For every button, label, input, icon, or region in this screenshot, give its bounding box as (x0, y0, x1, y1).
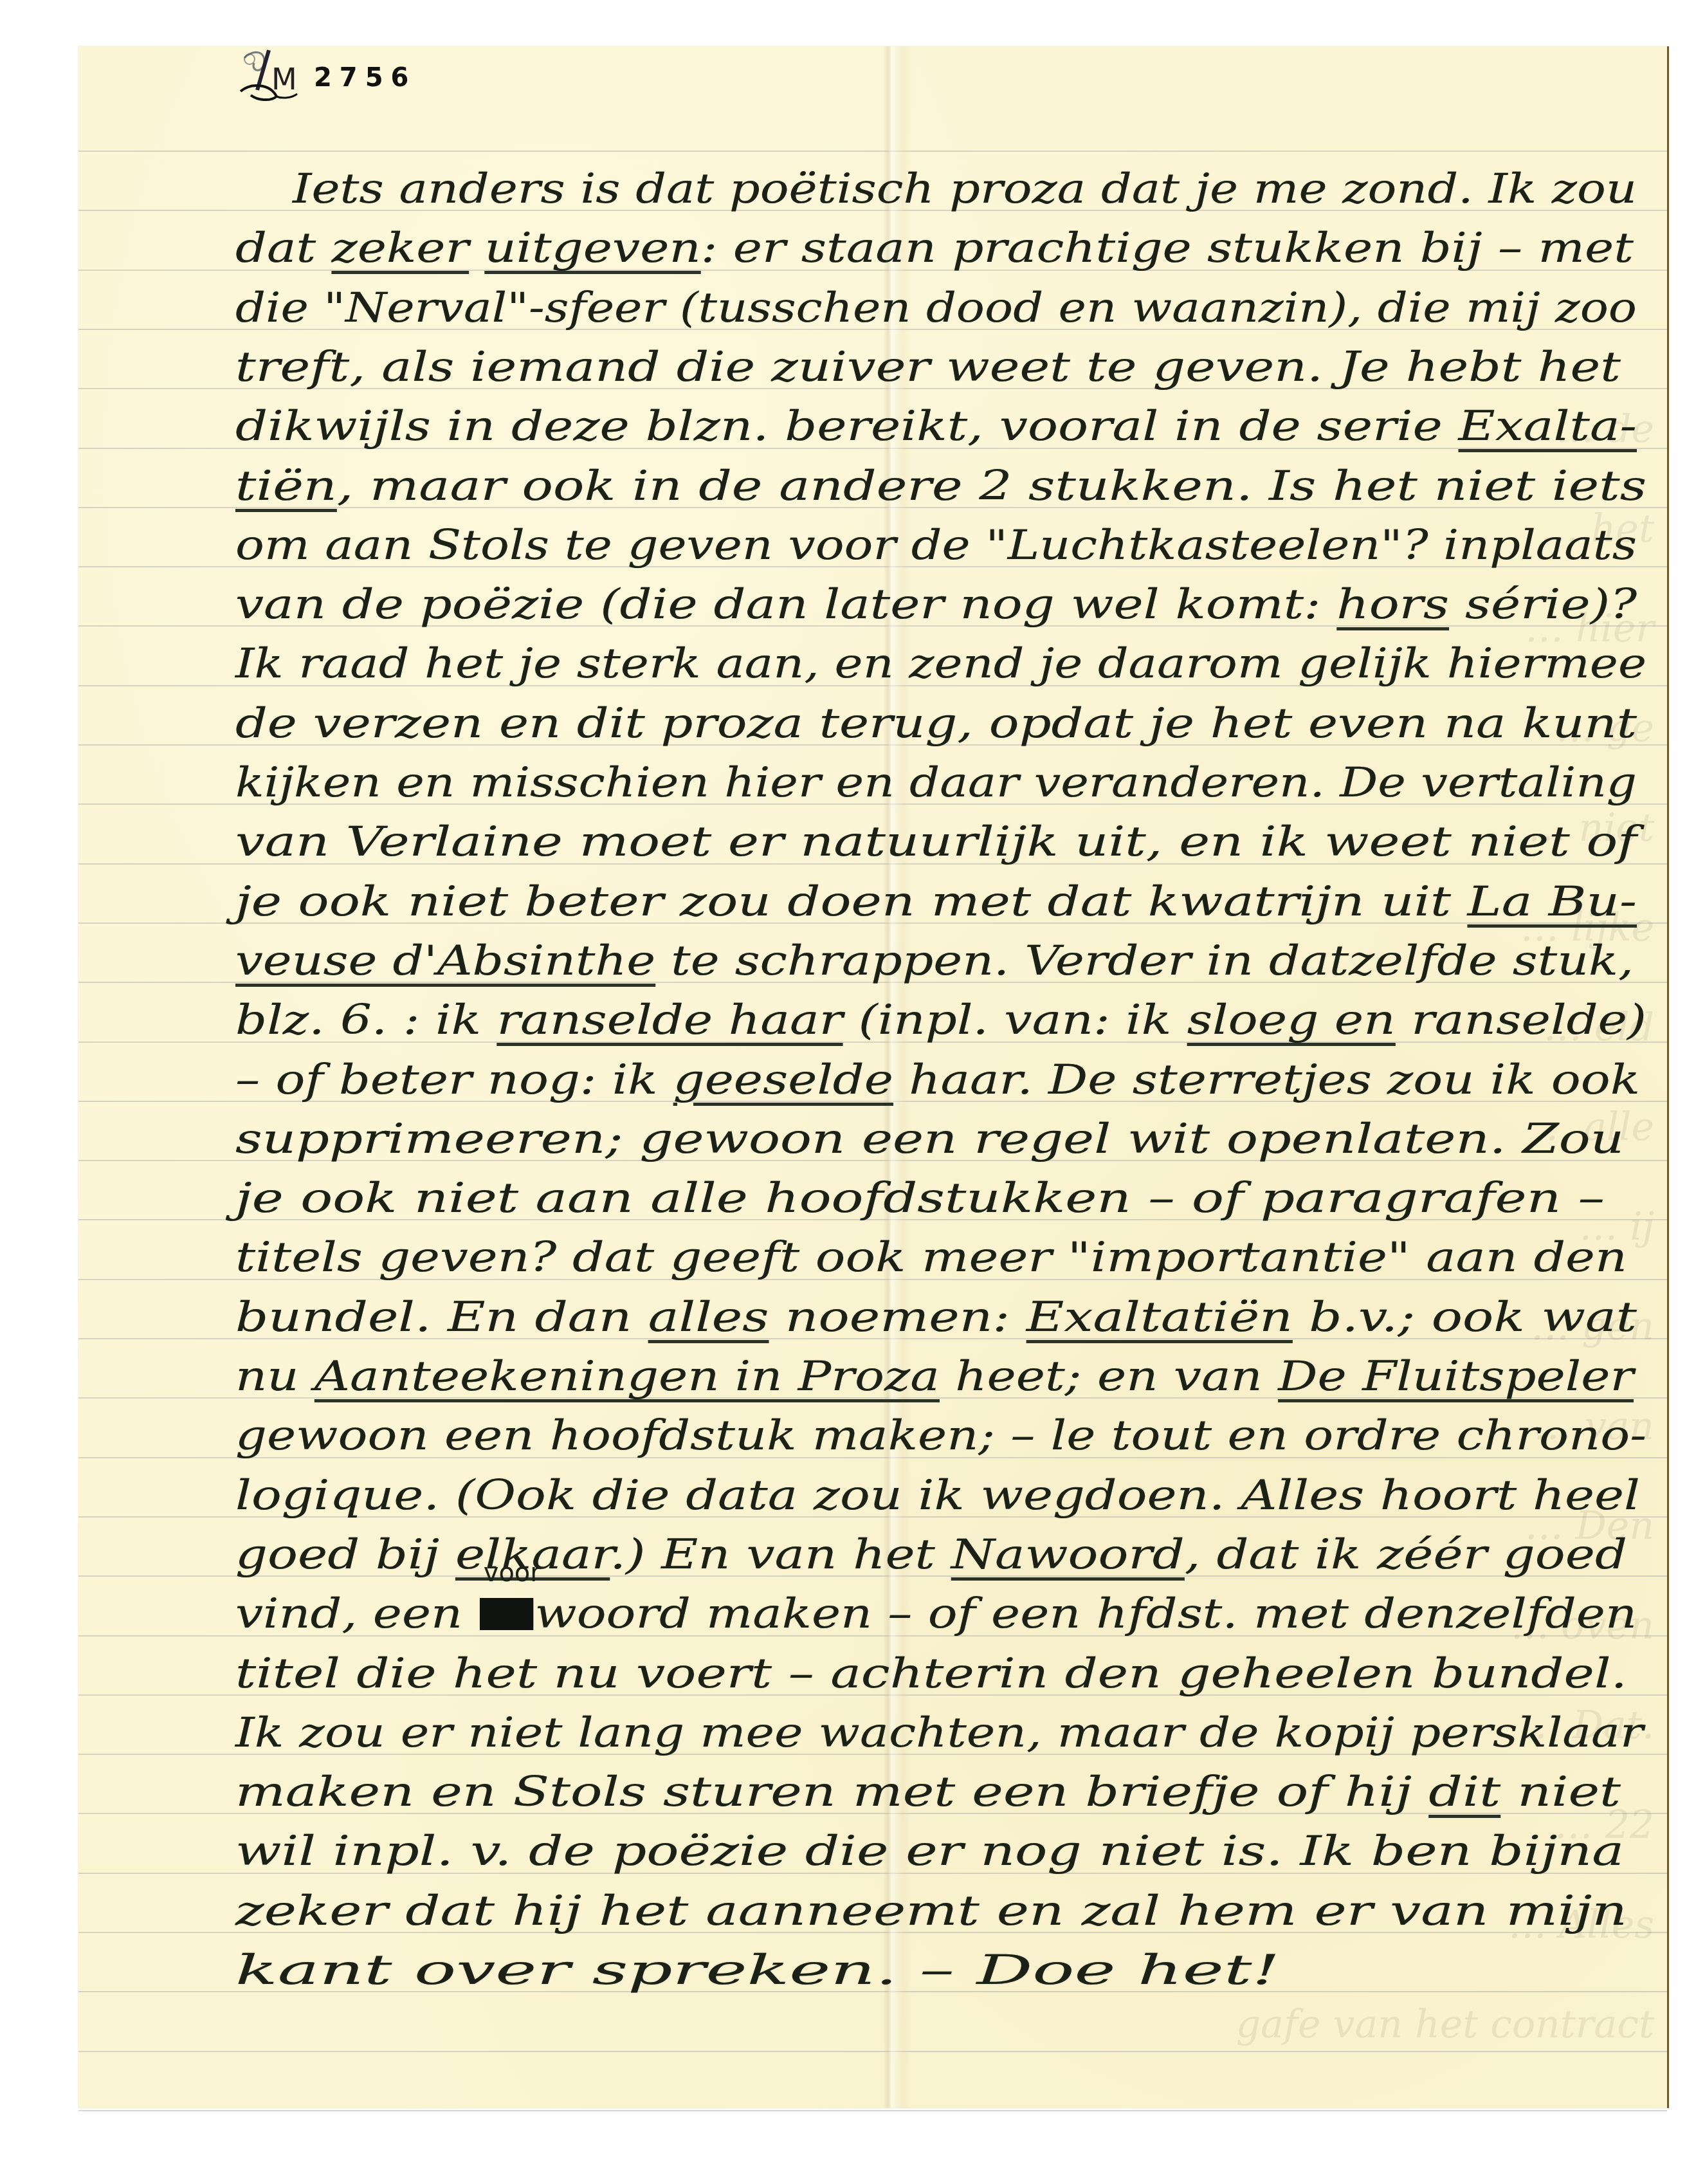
letter-line: zeker dat hij het aanneemt en zal hem er… (235, 1891, 1627, 1932)
underlined-text: De Fluitspeler (1278, 1353, 1634, 1400)
underlined-text: dit (1428, 1768, 1500, 1816)
text-segment: je ook niet beter zou doen met dat kwatr… (235, 878, 1468, 926)
letter-line: supprimeeren; gewoon een regel wit openl… (235, 1119, 1624, 1160)
text-segment: nu (235, 1353, 315, 1400)
underlined-text: veuse d'Absinthe (235, 937, 655, 985)
text-segment: van Verlaine moet er natuurlijk uit, en … (235, 818, 1637, 866)
text-segment: haar. De sterretjes zou ik ook (893, 1056, 1640, 1104)
text-segment: : er staan prachtige stukken bij – met (701, 225, 1634, 272)
text-segment: kijken en misschien hier en daar verande… (235, 759, 1637, 807)
letter-line: dat zeker uitgeven: er staan prachtige s… (235, 228, 1634, 269)
letter-line: bundel. En dan alles noemen: Exaltatiën … (235, 1297, 1637, 1338)
underlined-text: Exalta- (1459, 403, 1637, 450)
text-segment: van de poëzie (die dan later nog wel kom… (235, 581, 1336, 629)
letter-line: Ik zou er niet lang mee wachten, maar de… (235, 1712, 1643, 1754)
text-segment: Iets anders is dat poëtisch proza dat je… (293, 165, 1637, 213)
underlined-text: zeker (332, 225, 470, 272)
text-segment: .) En van het (610, 1531, 951, 1579)
underlined-text: tiën (235, 463, 337, 510)
text-segment: série)? (1449, 581, 1637, 629)
text-segment: woord maken – of een hfdst. met denzelfd… (534, 1590, 1637, 1638)
letter-line: – of beter nog: ik geeselde haar. De ste… (235, 1060, 1640, 1101)
letter-line: je ook niet aan alle hoofdstukken – of p… (235, 1178, 1605, 1219)
text-segment: zeker dat hij het aanneemt en zal hem er… (235, 1887, 1627, 1935)
text-segment: , dat ik zéér goed (1185, 1531, 1627, 1579)
text-segment: b.v.; ook wat (1293, 1294, 1637, 1341)
stamp-letter: M (271, 62, 297, 96)
underlined-text: hors (1336, 581, 1449, 629)
underlined-text: sloeg en (1187, 996, 1396, 1044)
text-segment: die "Nerval"-sfeer (tusschen dood en waa… (235, 284, 1637, 332)
letter-line: om aan Stols te geven voor de "Luchtkast… (235, 525, 1637, 566)
letter-line: dikwijls in deze blzn. bereikt, vooral i… (235, 406, 1637, 447)
inserted-word: voor (484, 1558, 541, 1588)
letter-line: titel die het nu voert – achterin den ge… (235, 1653, 1627, 1694)
underlined-text: ranselde haar (497, 996, 843, 1044)
archive-number: 2756 (314, 63, 416, 102)
text-segment: kant over spreken. – Doe het! (235, 1947, 1280, 1994)
text-segment (469, 225, 484, 272)
letter-line: gewoon een hoofdstuk maken; – le tout en… (235, 1415, 1646, 1456)
letter-line: blz. 6. : ik ranselde haar (inpl. van: i… (235, 1000, 1646, 1041)
text-segment: blz. 6. : ik (235, 996, 497, 1044)
letter-line: logique. (Ook die data zou ik wegdoen. A… (235, 1475, 1640, 1516)
text-segment: niet (1500, 1768, 1621, 1816)
letter-line: kant over spreken. – Doe het! (235, 1950, 1280, 1991)
text-segment: vind, een (235, 1590, 478, 1638)
text-segment: ranselde) (1396, 996, 1646, 1044)
text-segment: dikwijls in deze blzn. bereikt, vooral i… (235, 403, 1459, 450)
archive-stamp: M 2756 (238, 44, 416, 102)
letter-line: van de poëzie (die dan later nog wel kom… (235, 584, 1637, 625)
letter-line: veuse d'Absinthe te schrappen. Verder in… (235, 941, 1634, 982)
letter-line: die "Nerval"-sfeer (tusschen dood en waa… (235, 288, 1637, 329)
text-segment: bundel. En dan (235, 1294, 648, 1341)
text-segment: titels geven? dat geeft ook meer "import… (235, 1234, 1627, 1281)
text-segment: goed bij (235, 1531, 455, 1579)
bleed-through-word: gafe van het contract (1236, 2002, 1654, 2047)
ruled-line (78, 2051, 1667, 2052)
text-segment: maken en Stols sturen met een briefje of… (235, 1768, 1428, 1816)
text-segment: heet; en van (940, 1353, 1278, 1400)
text-segment: dat (235, 225, 332, 272)
letter-line: wil inpl. v. de poëzie die er nog niet i… (235, 1831, 1624, 1872)
letter-page: M 2756 … de… het… hier… ge… niet… lijke…… (78, 46, 1669, 2108)
letter-line: Iets anders is dat poëtisch proza dat je… (293, 169, 1637, 210)
text-segment: gewoon een hoofdstuk maken; – le tout en… (235, 1412, 1646, 1460)
text-segment: – of beter nog: ik (235, 1056, 673, 1104)
text-segment: noemen: (769, 1294, 1026, 1341)
text-segment: de verzen en dit proza terug, opdat je h… (235, 700, 1637, 748)
letter-line: van Verlaine moet er natuurlijk uit, en … (235, 821, 1637, 863)
letter-line: Ik raad het je sterk aan, en zend je daa… (235, 643, 1646, 684)
underlined-text: Aanteekeningen in Proza (315, 1353, 940, 1400)
underlined-text: alles (648, 1294, 769, 1341)
text-segment: supprimeeren; gewoon een regel wit openl… (235, 1115, 1624, 1163)
letter-line: nu Aanteekeningen in Proza heet; en van … (235, 1356, 1634, 1397)
letter-line: kijken en misschien hier en daar verande… (235, 762, 1637, 803)
letter-line: maken en Stols sturen met een briefje of… (235, 1772, 1621, 1813)
ruled-line (78, 151, 1667, 152)
letter-line: de verzen en dit proza terug, opdat je h… (235, 703, 1637, 744)
letter-line: tiën, maar ook in de andere 2 stukken. I… (235, 466, 1646, 507)
underlined-text: Exaltatiën (1026, 1294, 1293, 1341)
text-segment: (inpl. van: ik (843, 996, 1187, 1044)
text-segment: wil inpl. v. de poëzie die er nog niet i… (235, 1828, 1624, 1875)
text-segment: Ik zou er niet lang mee wachten, maar de… (235, 1709, 1643, 1757)
underlined-text: uitgeven (484, 225, 700, 272)
text-segment: logique. (Ook die data zou ik wegdoen. A… (235, 1472, 1640, 1519)
letter-line: goed bij elkaar.) En van het Nawoord, da… (235, 1534, 1627, 1575)
letter-line: treft, als iemand die zuiver weet te gev… (235, 347, 1621, 388)
letter-line: je ook niet beter zou doen met dat kwatr… (235, 881, 1637, 922)
lm-monogram-icon: M (238, 45, 309, 102)
text-segment: treft, als iemand die zuiver weet te gev… (235, 344, 1621, 391)
ink-blot (480, 1598, 533, 1630)
underlined-text: La Bu- (1468, 878, 1637, 926)
ruled-line (78, 2110, 1667, 2111)
text-segment: om aan Stols te geven voor de "Luchtkast… (235, 522, 1637, 569)
underlined-text: geeselde (673, 1056, 893, 1104)
letter-line: titels geven? dat geeft ook meer "import… (235, 1237, 1627, 1278)
underlined-text: Nawoord (951, 1531, 1185, 1579)
text-segment: , maar ook in de andere 2 stukken. Is he… (337, 463, 1646, 510)
text-segment: Ik raad het je sterk aan, en zend je daa… (235, 640, 1646, 688)
text-segment: je ook niet aan alle hoofdstukken – of p… (235, 1175, 1605, 1222)
letter-line: vind, een woord maken – of een hfdst. me… (235, 1593, 1637, 1635)
text-segment: titel die het nu voert – achterin den ge… (235, 1650, 1627, 1698)
text-segment: te schrappen. Verder in datzelfde stuk, (655, 937, 1634, 985)
